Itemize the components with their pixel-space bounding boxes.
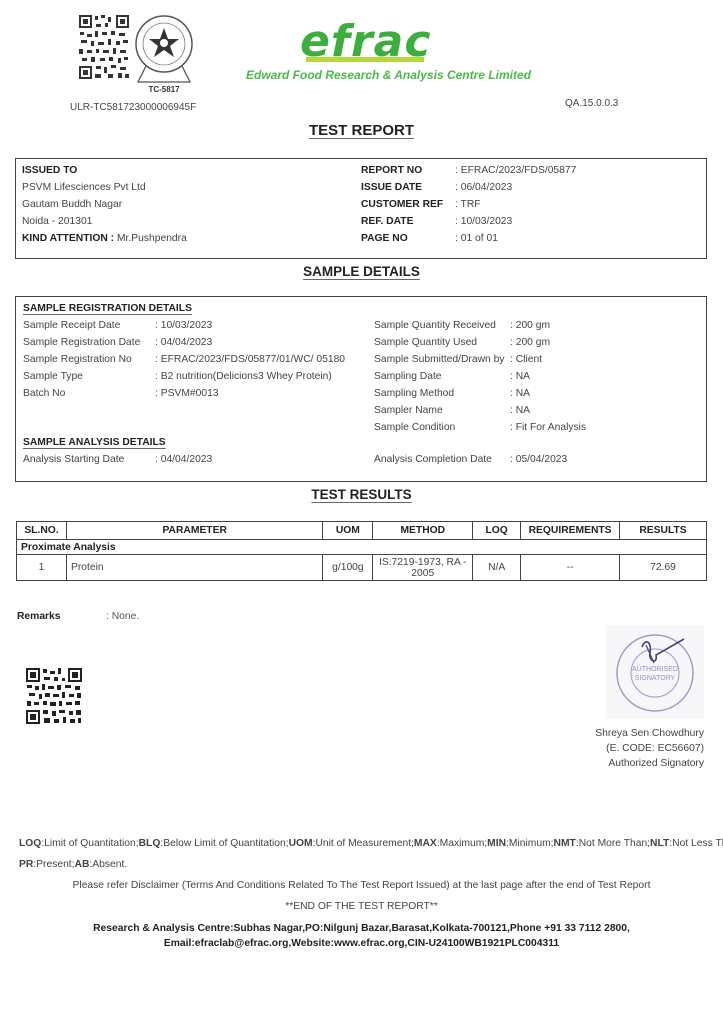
end-of-report: **END OF THE TEST REPORT** bbox=[0, 901, 723, 912]
registration-heading: SAMPLE REGISTRATION DETAILS bbox=[23, 303, 192, 314]
qty-received-label: Sample Quantity Received bbox=[374, 320, 496, 331]
abbr-loq: LOQ bbox=[19, 838, 41, 849]
remarks-label: Remarks bbox=[17, 611, 61, 622]
sampler-name-value: : NA bbox=[510, 405, 530, 416]
page-no-label: PAGE NO bbox=[361, 233, 408, 244]
col-loq: LOQ bbox=[473, 522, 521, 540]
abbr-ab: AB bbox=[75, 859, 90, 870]
remarks-value: : None. bbox=[106, 611, 139, 622]
sampling-date-label: Sampling Date bbox=[374, 371, 442, 382]
sample-condition-value: : Fit For Analysis bbox=[510, 422, 586, 433]
issued-to-box: ISSUED TO PSVM Lifesciences Pvt Ltd Gaut… bbox=[15, 158, 707, 259]
test-results-heading: TEST RESULTS bbox=[0, 487, 723, 502]
sample-details-box: SAMPLE REGISTRATION DETAILS Sample Recei… bbox=[15, 296, 707, 482]
abbr-min-meaning: :Minimum; bbox=[506, 838, 553, 849]
kind-attention-value: Mr.Pushpendra bbox=[117, 233, 187, 244]
abbreviations-line-1: LOQ:Limit of Quantitation;BLQ:Below Limi… bbox=[19, 838, 723, 849]
abbr-nmt-meaning: :Not More Than; bbox=[576, 838, 650, 849]
signatory-title: Authorized Signatory bbox=[608, 758, 704, 769]
abbr-pr: PR bbox=[19, 859, 33, 870]
qty-received-value: : 200 gm bbox=[510, 320, 550, 331]
ulr-number: ULR-TC581723000006945F bbox=[70, 102, 196, 113]
sampler-name-label: Sampler Name bbox=[374, 405, 443, 416]
abbr-loq-meaning: :Limit of Quantitation; bbox=[41, 838, 138, 849]
cell-sl-no: 1 bbox=[17, 555, 67, 581]
cell-method: IS:7219-1973, RA - 2005 bbox=[373, 555, 473, 581]
sample-details-heading: SAMPLE DETAILS bbox=[0, 264, 723, 279]
abbr-blq-meaning: :Below Limit of Quantitation; bbox=[160, 838, 288, 849]
kind-attention-label: KIND ATTENTION : bbox=[22, 233, 114, 244]
issue-date-value: : 06/04/2023 bbox=[455, 182, 512, 193]
sampling-date-value: : NA bbox=[510, 371, 530, 382]
document-code: QA.15.0.0.3 bbox=[565, 98, 618, 109]
logo-underline bbox=[306, 57, 424, 62]
submitted-by-value: : Client bbox=[510, 354, 542, 365]
analysis-heading: SAMPLE ANALYSIS DETAILS bbox=[23, 437, 166, 448]
batch-no-value: : PSVM#0013 bbox=[155, 388, 219, 399]
disclaimer-text: Please refer Disclaimer (Terms And Condi… bbox=[0, 880, 723, 891]
abbr-blq: BLQ bbox=[139, 838, 161, 849]
qty-used-value: : 200 gm bbox=[510, 337, 550, 348]
cell-uom: g/100g bbox=[323, 555, 373, 581]
report-no-label: REPORT NO bbox=[361, 165, 422, 176]
abbr-nmt: NMT bbox=[554, 838, 576, 849]
issued-to-company: PSVM Lifesciences Pvt Ltd bbox=[22, 182, 146, 193]
company-name: Edward Food Research & Analysis Centre L… bbox=[246, 68, 531, 82]
group-label: Proximate Analysis bbox=[17, 540, 707, 555]
customer-ref-label: CUSTOMER REF bbox=[361, 199, 443, 210]
issued-to-address-1: Gautam Buddh Nagar bbox=[22, 199, 122, 210]
col-sl-no: SL.NO. bbox=[17, 522, 67, 540]
abbr-nlt: NLT bbox=[650, 838, 669, 849]
cell-loq: N/A bbox=[473, 555, 521, 581]
sampling-method-label: Sampling Method bbox=[374, 388, 454, 399]
registration-no-value: : EFRAC/2023/FDS/05877/01/WC/ 05180 bbox=[155, 354, 345, 365]
sampling-method-value: : NA bbox=[510, 388, 530, 399]
customer-ref-value: : TRF bbox=[455, 199, 481, 210]
issue-date-label: ISSUE DATE bbox=[361, 182, 422, 193]
analysis-end-value: : 05/04/2023 bbox=[510, 454, 567, 465]
results-table: SL.NO. PARAMETER UOM METHOD LOQ REQUIREM… bbox=[16, 521, 707, 581]
sample-condition-label: Sample Condition bbox=[374, 422, 455, 433]
signatory-name: Shreya Sen Chowdhury bbox=[595, 728, 704, 739]
analysis-start-label: Analysis Starting Date bbox=[23, 454, 124, 465]
analysis-end-label: Analysis Completion Date bbox=[374, 454, 492, 465]
batch-no-label: Batch No bbox=[23, 388, 65, 399]
col-results: RESULTS bbox=[620, 522, 707, 540]
svg-text:AUTHORISED: AUTHORISED bbox=[632, 666, 678, 673]
signatory-code: (E. CODE: EC56607) bbox=[606, 743, 704, 754]
qr-code-bottom bbox=[26, 668, 82, 724]
report-no-value: : EFRAC/2023/FDS/05877 bbox=[455, 165, 576, 176]
col-parameter: PARAMETER bbox=[66, 522, 322, 540]
cell-requirements: -- bbox=[521, 555, 620, 581]
abbr-pr-meaning: :Present; bbox=[33, 859, 74, 870]
receipt-date-label: Sample Receipt Date bbox=[23, 320, 120, 331]
qty-used-label: Sample Quantity Used bbox=[374, 337, 477, 348]
sample-type-value: : B2 nutrition(Delicions3 Whey Protein) bbox=[155, 371, 332, 382]
qr-code-top bbox=[78, 14, 130, 80]
authorized-stamp: AUTHORISED SIGNATORY bbox=[606, 625, 704, 719]
receipt-date-value: : 10/03/2023 bbox=[155, 320, 212, 331]
col-uom: UOM bbox=[323, 522, 373, 540]
table-row: 1 Protein g/100g IS:7219-1973, RA - 2005… bbox=[17, 555, 707, 581]
abbr-max-meaning: :Maximum; bbox=[437, 838, 487, 849]
page-title: TEST REPORT bbox=[0, 122, 723, 139]
svg-text:TC-5817: TC-5817 bbox=[148, 85, 180, 94]
abbr-max: MAX bbox=[414, 838, 437, 849]
footer-contact: Email:efraclab@efrac.org,Website:www.efr… bbox=[0, 938, 723, 949]
col-requirements: REQUIREMENTS bbox=[521, 522, 620, 540]
kind-attention: KIND ATTENTION : Mr.Pushpendra bbox=[22, 233, 187, 244]
sample-type-label: Sample Type bbox=[23, 371, 83, 382]
registration-no-label: Sample Registration No bbox=[23, 354, 132, 365]
cell-result: 72.69 bbox=[620, 555, 707, 581]
table-group-row: Proximate Analysis bbox=[17, 540, 707, 555]
issued-to-address-2: Noida - 201301 bbox=[22, 216, 92, 227]
abbr-nlt-meaning: :Not Less Than. bbox=[669, 838, 723, 849]
issued-to-label: ISSUED TO bbox=[22, 165, 77, 176]
abbr-min: MIN bbox=[487, 838, 506, 849]
registration-date-label: Sample Registration Date bbox=[23, 337, 140, 348]
abbreviations-line-2: PR:Present;AB:Absent. bbox=[19, 859, 127, 870]
abbr-uom: UOM bbox=[289, 838, 313, 849]
ref-date-label: REF. DATE bbox=[361, 216, 413, 227]
cell-parameter: Protein bbox=[66, 555, 322, 581]
page-no-value: : 01 of 01 bbox=[455, 233, 498, 244]
abbr-uom-meaning: :Unit of Measurement; bbox=[313, 838, 414, 849]
table-header-row: SL.NO. PARAMETER UOM METHOD LOQ REQUIREM… bbox=[17, 522, 707, 540]
svg-text:SIGNATORY: SIGNATORY bbox=[635, 675, 676, 682]
abbr-ab-meaning: :Absent. bbox=[89, 859, 127, 870]
analysis-start-value: : 04/04/2023 bbox=[155, 454, 212, 465]
footer-address: Research & Analysis Centre:Subhas Nagar,… bbox=[0, 923, 723, 934]
accreditation-seal: TC-5817 bbox=[134, 12, 194, 96]
ref-date-value: : 10/03/2023 bbox=[455, 216, 512, 227]
col-method: METHOD bbox=[373, 522, 473, 540]
submitted-by-label: Sample Submitted/Drawn by bbox=[374, 354, 505, 365]
registration-date-value: : 04/04/2023 bbox=[155, 337, 212, 348]
